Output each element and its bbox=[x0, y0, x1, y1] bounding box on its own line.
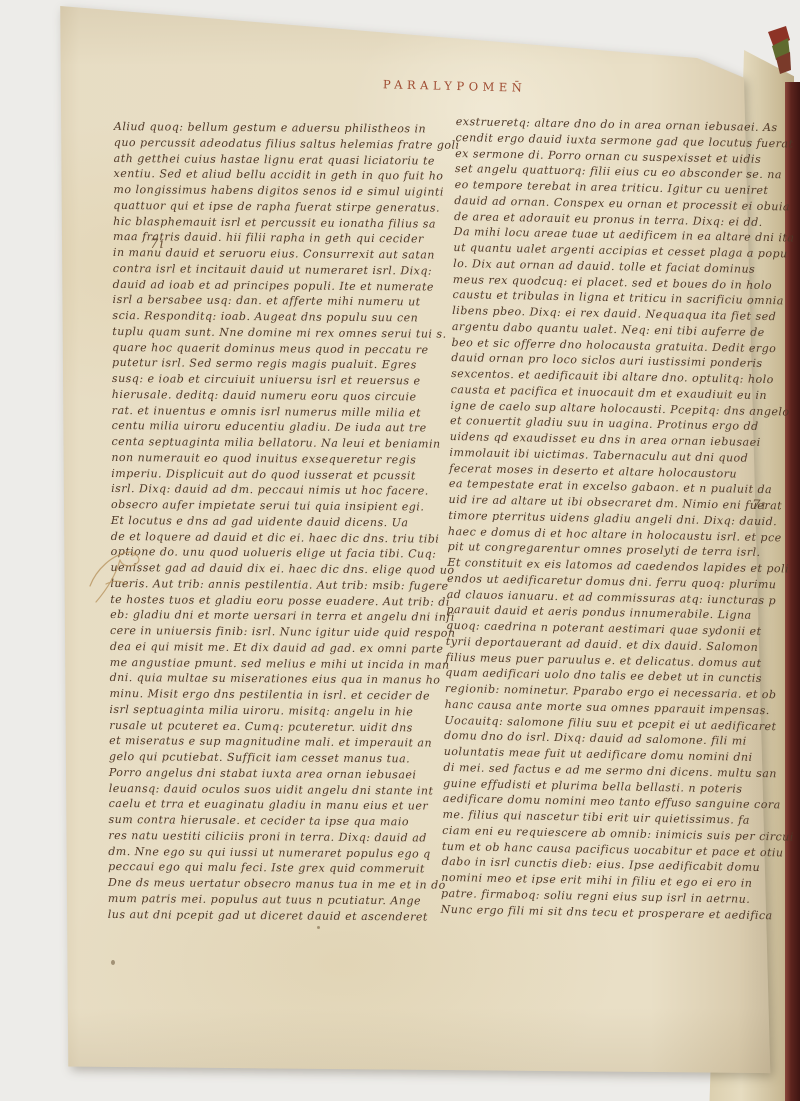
margin-mark-left: 7ı bbox=[150, 237, 164, 252]
text-line: lus aut dni pcepit gad ut diceret dauid … bbox=[108, 906, 458, 924]
text-column-right: exstrueretq: altare dno do in area ornan… bbox=[441, 114, 782, 923]
stain-speck bbox=[111, 960, 115, 965]
manuscript-photo: PARALYPOMEN̄ Aliud quoq: bellum gestum e… bbox=[0, 0, 800, 1101]
stain-speck bbox=[317, 926, 320, 929]
margin-mark-right: 7ı bbox=[752, 498, 767, 513]
marginal-sketch bbox=[86, 540, 146, 612]
